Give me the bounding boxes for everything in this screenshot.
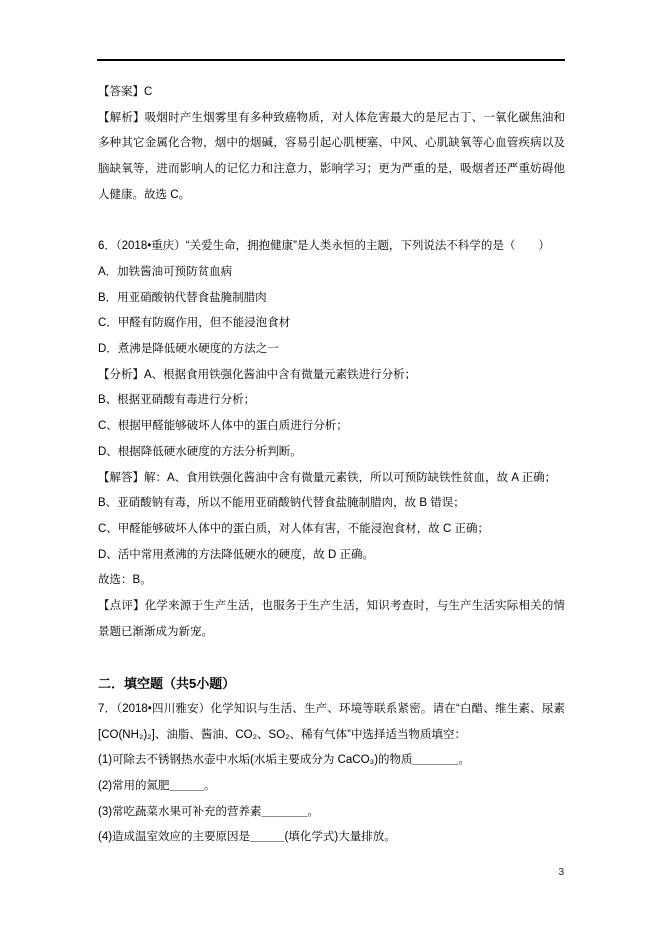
blank-line [98, 645, 565, 671]
answer-line: 【答案】C [98, 80, 565, 106]
solution-line-b: B、亚硝酸钠有毒，所以不能用亚硝酸钠代替食盐腌制腊肉，故 B 错误； [98, 491, 565, 517]
question6-option-c: C．甲醛有防腐作用，但不能浸泡食材 [98, 311, 565, 337]
question7-sub-1: (1)可除去不锈钢热水壶中水垢(水垢主要成分为 CaCO₃)的物质＿＿＿＿。 [98, 748, 565, 774]
blank-line [98, 209, 565, 235]
question6-option-d: D．煮沸是降低硬水硬度的方法之一 [98, 337, 565, 363]
page-number: 3 [558, 866, 564, 880]
question6-stem: 6．（2018•重庆）“关爱生命，拥抱健康”是人类永恒的主题，下列说法不科学的是… [98, 234, 565, 260]
analysis-line-d: D、根据降低硬水硬度的方法分析判断。 [98, 440, 565, 466]
question7-stem: 7．（2018•四川雅安）化学知识与生活、生产、环境等联系紧密。请在“白醋、维生… [98, 697, 565, 748]
document-content: 【答案】C 【解析】吸烟时产生烟雾里有多种致癌物质，对人体危害最大的是尼古丁、一… [98, 80, 565, 851]
analysis-line-c: C、根据甲醛能够破坏人体中的蛋白质进行分析； [98, 414, 565, 440]
analysis-line-a: 【分析】A、根据食用铁强化酱油中含有微量元素铁进行分析； [98, 363, 565, 389]
question6-option-b: B．用亚硝酸钠代替食盐腌制腊肉 [98, 286, 565, 312]
solution-line-c: C、甲醛能够破坏人体中的蛋白质，对人体有害，不能浸泡食材，故 C 正确； [98, 517, 565, 543]
solution-line-d: D、活中常用煮沸的方法降低硬水的硬度，故 D 正确。 [98, 543, 565, 569]
explanation-paragraph: 【解析】吸烟时产生烟雾里有多种致癌物质，对人体危害最大的是尼古丁、一氧化碳焦油和… [98, 106, 565, 209]
header-rule [97, 59, 565, 61]
document-page: 【答案】C 【解析】吸烟时产生烟雾里有多种致癌物质，对人体危害最大的是尼古丁、一… [0, 0, 661, 935]
solution-line-a: 【解答】解：A、食用铁强化酱油中含有微量元素铁，所以可预防缺铁性贫血，故 A 正… [98, 466, 565, 492]
question6-option-a: A．加铁酱油可预防贫血病 [98, 260, 565, 286]
question7-sub-4: (4)造成温室效应的主要原因是＿＿＿(填化学式)大量排放。 [98, 825, 565, 851]
question7-sub-2: (2)常用的氮肥＿＿＿。 [98, 774, 565, 800]
analysis-line-b: B、根据亚硝酸有毒进行分析； [98, 388, 565, 414]
question7-sub-3: (3)常吃蔬菜水果可补充的营养素＿＿＿＿。 [98, 800, 565, 826]
comment-paragraph: 【点评】化学来源于生产生活，也服务于生产生活，知识考查时，与生产生活实际相关的情… [98, 594, 565, 645]
conclusion-line: 故选：B。 [98, 568, 565, 594]
section2-heading: 二．填空题（共5小题） [98, 671, 565, 697]
